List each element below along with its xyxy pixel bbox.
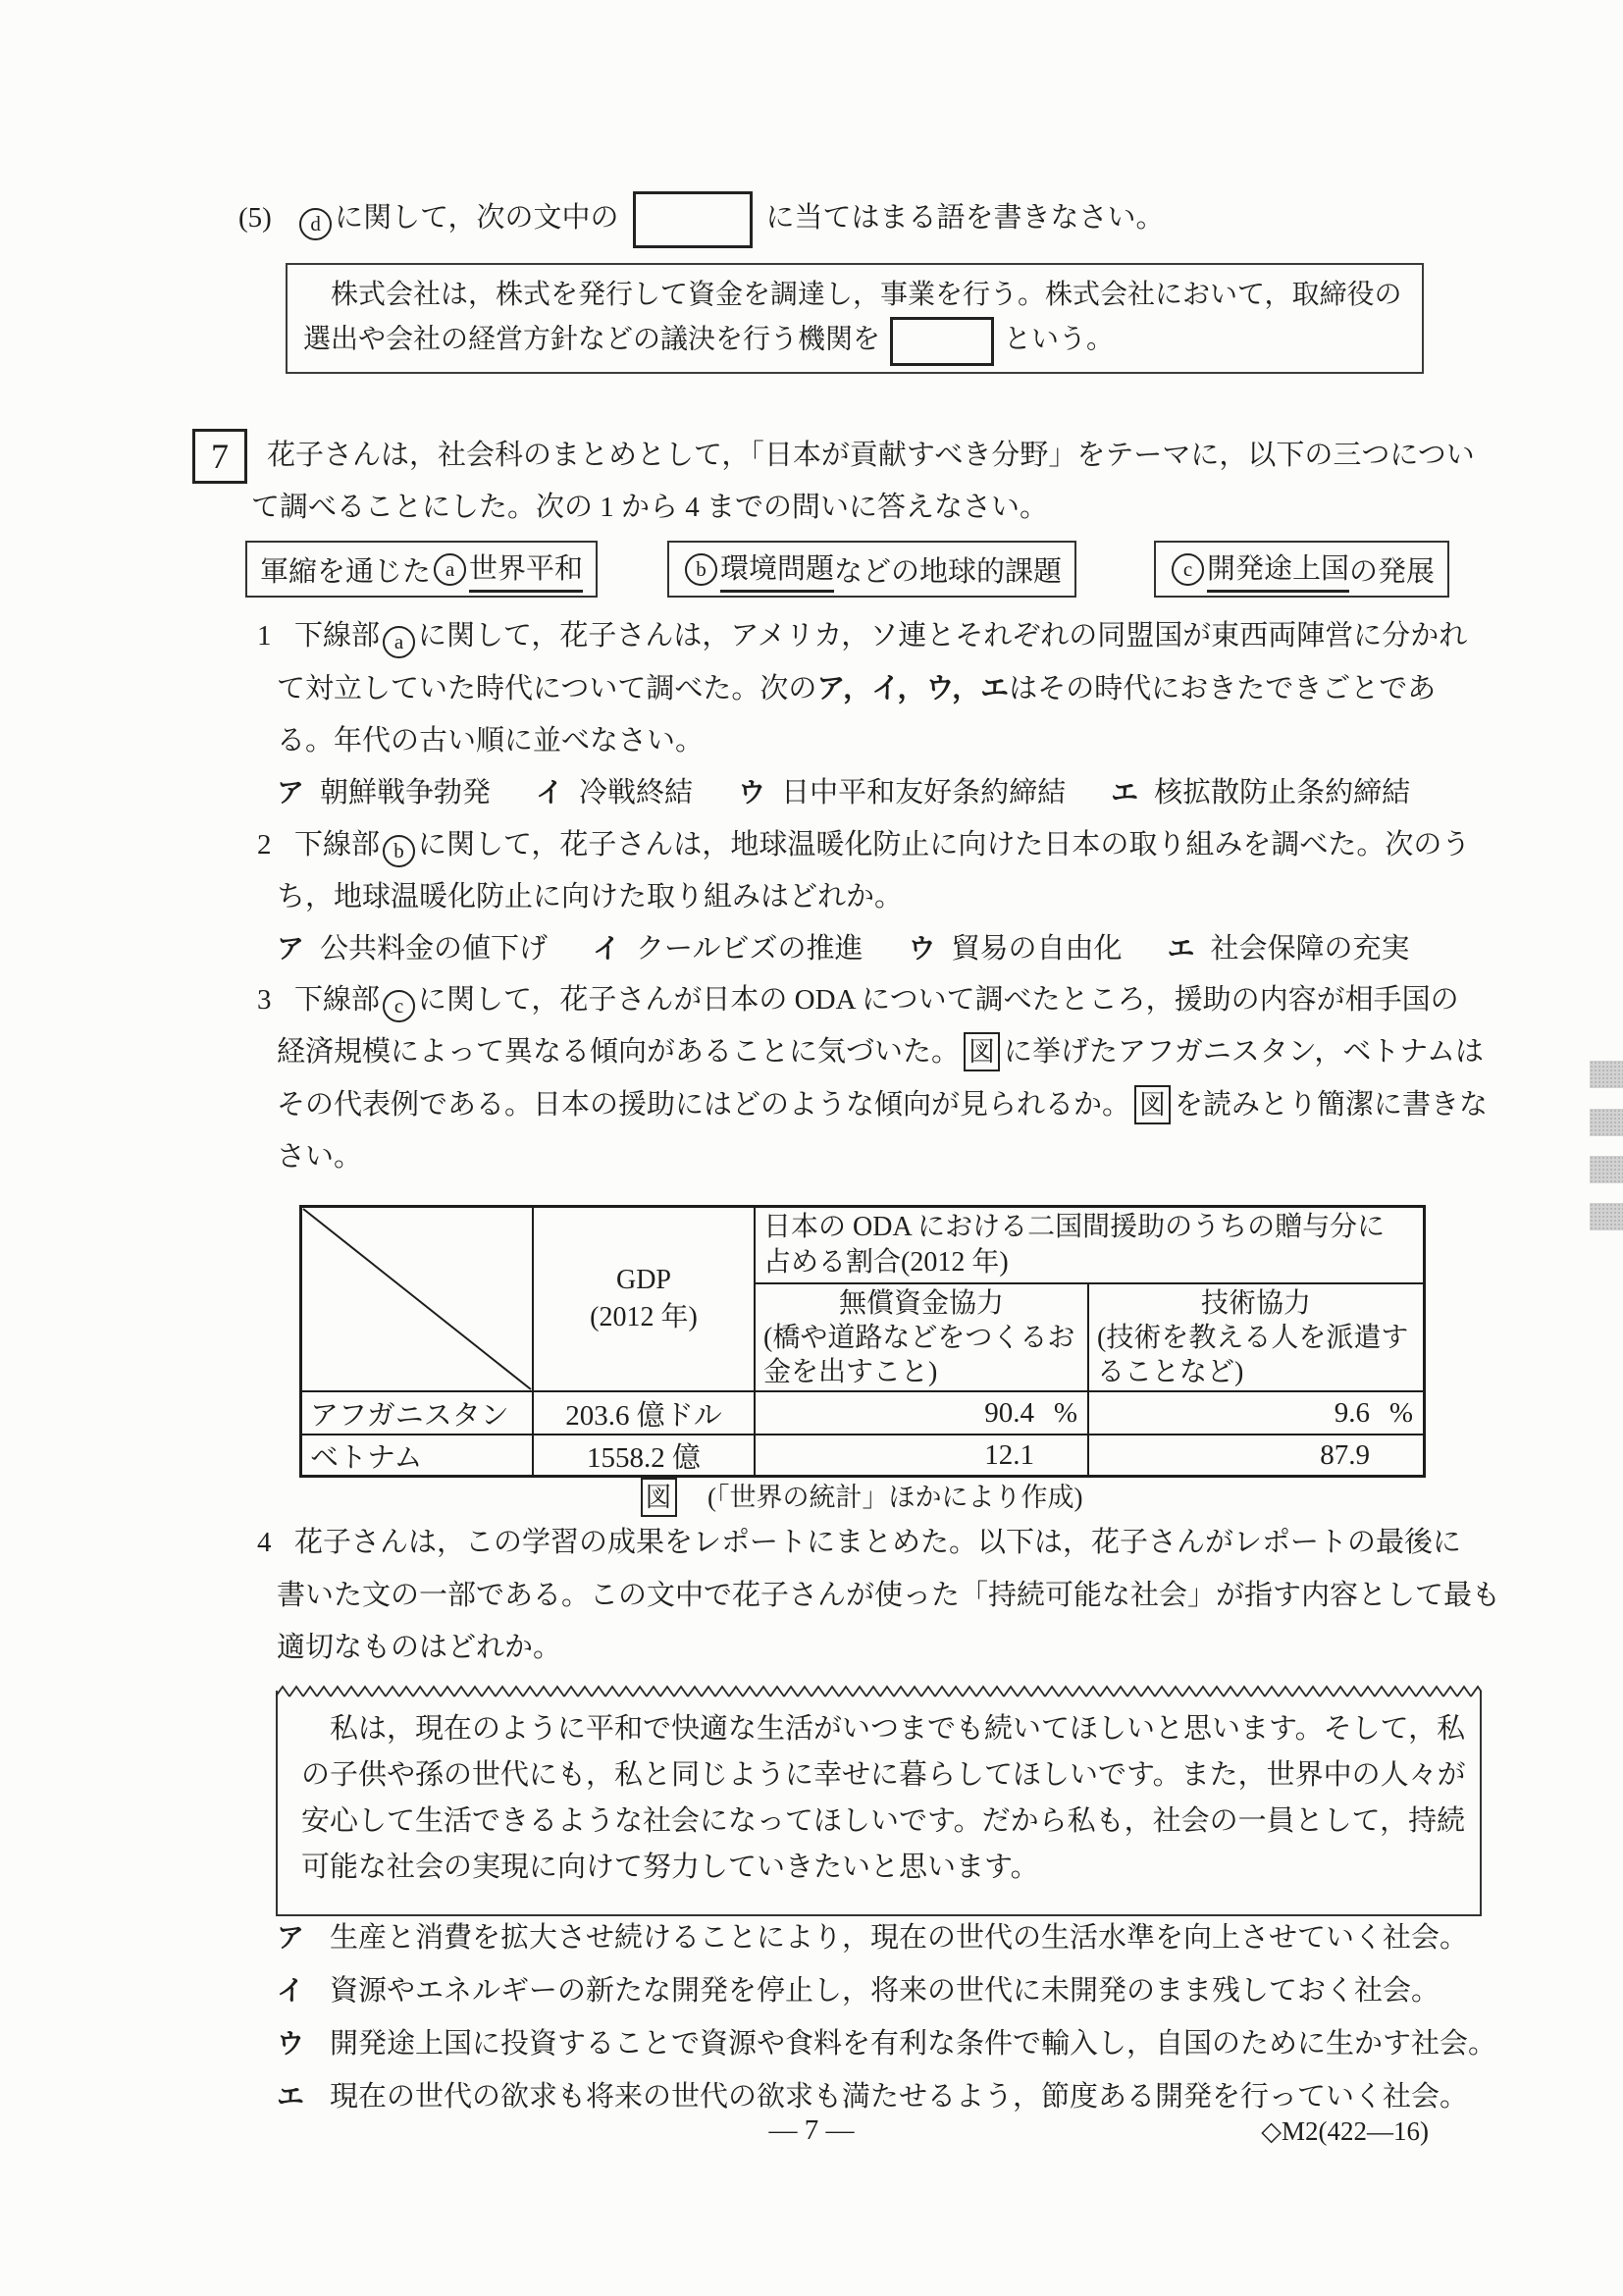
table-diagonal-cell [302, 1208, 532, 1390]
table-row-country: ベトナム [302, 1434, 532, 1475]
option-text: 核拡散防止条約締結 [1154, 777, 1410, 809]
table-header-technical-coop: 技術協力 (技術を教える人を派遣す ることなど) [1087, 1282, 1423, 1390]
diagonal-line [302, 1208, 532, 1390]
report-line: の子供や孫の世代にも，私と同じように幸せに暮らしてほしいです。また，世界中の人々… [301, 1752, 1458, 1799]
circled-b-mark: b [685, 553, 717, 586]
zigzag-border [276, 1684, 1482, 1699]
q3-l1-pre: 下線部 [294, 984, 380, 1016]
table-row-tech-value: 87.9 [1087, 1434, 1423, 1475]
theme1-underlined: 世界平和 [469, 547, 583, 593]
section-number-box: 7 [192, 429, 247, 484]
q1-l1-post: に関して，花子さんは，アメリカ，ソ連とそれぞれの同盟国が東西両陣営に分かれ [418, 620, 1467, 652]
circled-d-mark: d [299, 208, 332, 240]
option-label: ウ [738, 777, 765, 808]
option-item: イ冷戦終結 [536, 766, 693, 819]
table-row-gdp: 203.6 億ドル [532, 1390, 754, 1434]
quote-line1: 株式会社は，株式を発行して資金を調達し，事業を行う。株式会社において，取締役の [303, 273, 1406, 317]
q2-l1-pre: 下線部 [294, 829, 380, 861]
value-number: 9.6 [1335, 1397, 1370, 1430]
question-1-line3: る。年代の古い順に並べなさい。 [277, 714, 704, 767]
theme-box-environment: b環境問題などの地球的課題 [667, 541, 1076, 598]
theme3-post: の発展 [1349, 549, 1435, 590]
table-row-country: アフガニスタン [302, 1390, 532, 1434]
gdp-year: (2012 年) [590, 1299, 698, 1336]
option-item: ア朝鮮戦争勃発 [277, 766, 491, 819]
table-source: (「世界の統計」ほかにより作成) [707, 1483, 1082, 1512]
value-unit: % [1370, 1397, 1413, 1430]
quote-line2-pre: 選出や会社の経営方針などの議決を行う機関を [303, 324, 880, 354]
option-text: 公共料金の値下げ [320, 933, 548, 965]
option-label: ア [277, 1922, 304, 1953]
option-text: クールビズの推進 [636, 933, 863, 965]
table-header-grant-aid: 無償資金協力 (橋や道路などをつくるお 金を出すこと) [754, 1282, 1087, 1390]
option-label: エ [277, 2081, 304, 2112]
question-2-line1: 2下線部bに関して，花子さんは，地球温暖化防止に向けた日本の取り組みを調べた。次… [257, 818, 1470, 871]
item5-label: (5) [238, 202, 272, 234]
question-4-option-a: ア生産と消費を拡大させ続けることにより，現在の世代の生活水準を向上させていく社会… [277, 1911, 1468, 1964]
option-label: エ [1168, 933, 1195, 964]
q3-l1-post: に関して，花子さんが日本の ODA について調べたところ，援助の内容が相手国の [418, 984, 1459, 1016]
option-text: 現在の世代の欲求も将来の世代の欲求も満たせるよう，節度ある開発を行っていく社会。 [330, 2081, 1468, 2113]
question-3-line4: さい。 [277, 1130, 362, 1183]
question-1-number: 1 [257, 609, 294, 662]
binding-mark [1590, 1109, 1623, 1136]
theme2-post: などの地球的課題 [834, 549, 1062, 590]
item5-text-post: に当てはまる語を書きなさい。 [766, 202, 1165, 234]
q1-l1-pre: 下線部 [294, 620, 380, 652]
question-2-line2: ち，地球温暖化防止に向けた取り組みはどれか。 [277, 870, 903, 923]
option-label: イ [593, 933, 620, 964]
option-text: 生産と消費を拡大させ続けることにより，現在の世代の生活水準を向上させていく社会。 [330, 1922, 1468, 1954]
exam-page: (5) dに関して，次の文中のに当てはまる語を書きなさい。 株式会社は，株式を発… [0, 0, 1623, 2296]
value-number: 87.9 [1320, 1439, 1370, 1472]
grant-aid-title: 無償資金協力 [763, 1286, 1079, 1321]
option-label: ア [277, 933, 304, 964]
question-3-line1: 3下線部cに関して，花子さんが日本の ODA について調べたところ，援助の内容が… [257, 973, 1459, 1026]
table-caption: 図 (「世界の統計」ほかにより作成) [299, 1478, 1420, 1517]
circled-a-mark: a [383, 626, 415, 658]
option-text: 開発途上国に投資することで資源や食料を有利な条件で輸入し，自国のために生かす社会… [330, 2028, 1496, 2060]
question-1-line2: て対立していた時代について調べた。次のア，イ，ウ，エはその時代におきたできごとで… [277, 662, 1436, 715]
section-number: 7 [211, 436, 229, 477]
option-label: ウ [908, 933, 935, 964]
option-label: イ [277, 1975, 304, 2006]
option-text: 朝鮮戦争勃発 [320, 777, 491, 809]
table-row-tech-value: 9.6% [1087, 1390, 1423, 1434]
technical-coop-desc2: ることなど) [1097, 1357, 1243, 1387]
q2-l1-post: に関して，花子さんは，地球温暖化防止に向けた日本の取り組みを調べた。次のう [418, 829, 1470, 861]
technical-coop-desc1: (技術を教える人を派遣す [1097, 1323, 1408, 1353]
question-3-line2: 経済規模によって異なる傾向があることに気づいた。図に挙げたアフガニスタン，ベトナ… [277, 1025, 1484, 1078]
span-header-line2: 占める割合(2012 年) [763, 1245, 1415, 1280]
question-4-line1: 4花子さんは，この学習の成果をレポートにまとめた。以下は，花子さんがレポートの最… [257, 1516, 1461, 1569]
value-unit: % [1034, 1397, 1077, 1430]
quote-line2-post: という。 [1004, 324, 1114, 354]
table-row-grant-value: 90.4% [754, 1390, 1087, 1434]
q3-l3-post: を読みとり簡潔に書きな [1175, 1089, 1488, 1121]
theme2-underlined: 環境問題 [720, 547, 834, 593]
question-3-line3: その代表例である。日本の援助にはどのような傾向が見られるか。図を読みとり簡潔に書… [277, 1078, 1488, 1131]
question-2-options: ア公共料金の値下げ イクールビズの推進 ウ貿易の自由化 エ社会保障の充実 [277, 922, 1410, 975]
gdp-label: GDP [616, 1262, 671, 1299]
option-text: 日中平和友好条約締結 [781, 777, 1066, 809]
option-item: エ社会保障の充実 [1168, 922, 1410, 975]
question-4-number: 4 [257, 1516, 294, 1569]
technical-coop-title: 技術協力 [1097, 1286, 1415, 1321]
option-label: イ [536, 777, 563, 808]
option-item: イクールビズの推進 [593, 922, 863, 975]
q3-l2-post: に挙げたアフガニスタン，ベトナムは [1004, 1036, 1484, 1068]
figure-reference-box: 図 [1134, 1085, 1171, 1124]
q4-l1: 花子さんは，この学習の成果をレポートにまとめた。以下は，花子さんがレポートの最後… [294, 1527, 1461, 1558]
question-4-option-i: イ資源やエネルギーの新たな開発を停止し，将来の世代に未開発のまま残しておく社会。 [277, 1964, 1440, 2017]
value-number: 90.4 [984, 1397, 1034, 1430]
report-line: 安心して生活できるような社会になってほしいです。だから私も，社会の一員として，持… [301, 1799, 1458, 1845]
theme3-underlined: 開発途上国 [1207, 547, 1349, 593]
oda-table: GDP (2012 年) 日本の ODA における二国間援助のうちの贈与分に 占… [299, 1205, 1426, 1478]
binding-mark [1590, 1061, 1623, 1088]
option-text: 冷戦終結 [579, 777, 693, 809]
figure-reference-box: 図 [964, 1032, 1000, 1071]
option-label: ウ [277, 2028, 304, 2059]
question-4-line3: 適切なものはどれか。 [277, 1621, 561, 1674]
question-3-number: 3 [257, 973, 294, 1026]
circled-c-mark: c [383, 990, 415, 1022]
option-text: 貿易の自由化 [951, 933, 1122, 965]
binding-mark [1590, 1156, 1623, 1183]
section-intro-line1: 花子さんは，社会科のまとめとして，「日本が貢献すべき分野」をテーマに，以下の三つ… [267, 429, 1475, 482]
option-label: ア [277, 777, 304, 808]
option-item: エ核拡散防止条約締結 [1111, 766, 1410, 819]
option-item: ア公共料金の値下げ [277, 922, 548, 975]
theme-box-world-peace: 軍縮を通じたa世界平和 [245, 541, 598, 598]
circled-b-mark: b [383, 835, 415, 867]
quote-box: 株式会社は，株式を発行して資金を調達し，事業を行う。株式会社において，取締役の … [286, 263, 1424, 374]
option-item: ウ貿易の自由化 [908, 922, 1122, 975]
report-line: 私は，現在のように平和で快適な生活がいつまでも続いてほしいと思います。そして，私 [301, 1706, 1458, 1752]
option-label: エ [1111, 777, 1138, 808]
figure-label-box: 図 [641, 1478, 677, 1517]
section-intro-line2: て調べることにした。次の 1 から 4 までの問いに答えなさい。 [251, 481, 1048, 534]
q3-l3-pre: その代表例である。日本の援助にはどのような傾向が見られるか。 [277, 1089, 1130, 1121]
quote-line2: 選出や会社の経営方針などの議決を行う機関をという。 [303, 317, 1406, 366]
answer-blank-box-large [633, 191, 753, 248]
question-1-options: ア朝鮮戦争勃発 イ冷戦終結 ウ日中平和友好条約締結 エ核拡散防止条約締結 [277, 766, 1410, 819]
theme-box-developing-countries: c開発途上国の発展 [1154, 541, 1449, 598]
q1-l2-pre: て対立していた時代について調べた。次の [277, 673, 816, 704]
option-text: 社会保障の充実 [1211, 933, 1410, 965]
item5-line: (5) dに関して，次の文中のに当てはまる語を書きなさい。 [238, 191, 1165, 244]
answer-blank-box-small [890, 317, 994, 366]
q1-l2-bold: ア，イ，ウ，エ [816, 673, 1009, 704]
table-header-gdp: GDP (2012 年) [532, 1208, 754, 1390]
grant-aid-desc2: 金を出すこと) [763, 1357, 937, 1387]
binding-mark [1590, 1203, 1623, 1230]
question-2-number: 2 [257, 818, 294, 871]
circled-a-mark: a [434, 553, 466, 586]
question-4-option-u: ウ開発途上国に投資することで資源や食料を有利な条件で輸入し，自国のために生かす社… [277, 2017, 1496, 2070]
table-row-grant-value: 12.1 [754, 1434, 1087, 1475]
span-header-line1: 日本の ODA における二国間援助のうちの贈与分に [763, 1210, 1415, 1245]
report-line: 可能な社会の実現に向けて努力していきたいと思います。 [301, 1845, 1458, 1891]
q1-l2-post: はその時代におきたできごとであ [1009, 673, 1436, 704]
item5-text-pre: に関して，次の文中の [335, 202, 618, 234]
option-text: 資源やエネルギーの新たな開発を停止し，将来の世代に未開発のまま残しておく社会。 [330, 1975, 1440, 2007]
value-number: 12.1 [984, 1439, 1034, 1472]
grant-aid-desc1: (橋や道路などをつくるお [763, 1323, 1074, 1353]
option-item: ウ日中平和友好条約締結 [738, 766, 1066, 819]
table-header-span: 日本の ODA における二国間援助のうちの贈与分に 占める割合(2012 年) [754, 1208, 1423, 1282]
question-4-line2: 書いた文の一部である。この文中で花子さんが使った「持続可能な社会」が指す内容とし… [277, 1569, 1500, 1622]
q3-l2-pre: 経済規模によって異なる傾向があることに気づいた。 [277, 1036, 960, 1068]
table-row-gdp: 1558.2 億 [532, 1434, 754, 1475]
circled-c-mark: c [1172, 553, 1204, 586]
report-box: 私は，現在のように平和で快適な生活がいつまでも続いてほしいと思います。そして，私… [276, 1691, 1482, 1916]
footer-document-code: ◇M2(422—16) [1261, 2116, 1429, 2147]
report-text: 私は，現在のように平和で快適な生活がいつまでも続いてほしいと思います。そして，私… [278, 1691, 1480, 1891]
theme1-pre: 軍縮を通じた [260, 549, 431, 590]
question-1-line1: 1下線部aに関して，花子さんは，アメリカ，ソ連とそれぞれの同盟国が東西両陣営に分… [257, 609, 1467, 662]
